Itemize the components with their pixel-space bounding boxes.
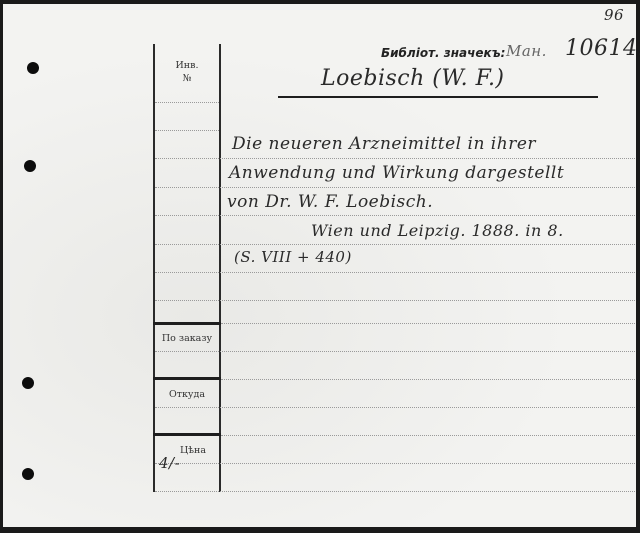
library-mark-number: 10614. [565,36,640,61]
ruled-line [221,435,635,436]
source-label: Откуда [155,389,219,400]
ruled-line [155,102,219,103]
punch-hole [24,160,36,172]
ruled-line [155,272,635,273]
ruled-line [221,379,635,380]
section-divider [153,433,221,436]
punch-hole [22,468,34,480]
ruled-line [155,187,635,188]
column-right-border [219,44,221,492]
price-value: 4/- [159,454,180,472]
column-left-border [153,44,155,492]
author-underline [278,96,598,98]
ruled-line [155,351,635,352]
ruled-line [155,215,635,216]
title-line-3: von Dr. W. F. Loebisch. [227,192,433,212]
punch-hole [22,377,34,389]
ruled-line [155,244,635,245]
library-mark-collection: Ман. [506,42,547,60]
library-mark-label: Библіот. значекъ: [381,46,505,60]
by-order-label: По заказу [155,333,219,344]
ruled-line [155,158,635,159]
punch-hole [27,62,39,74]
imprint: Wien und Leipzig. 1888. in 8. [311,221,564,240]
title-line-2: Anwendung und Wirkung dargestellt [229,163,564,183]
section-divider [153,322,221,325]
ruled-line [155,300,635,301]
title-line-1: Die neueren Arzneimittel in ihrer [232,134,536,154]
page-number: 96 [604,6,624,24]
catalog-card: 96 Библіот. значекъ: Ман. 10614. Инв. № … [3,4,636,527]
ruled-line [155,463,635,464]
section-divider [153,377,221,380]
inventory-label: Инв. № [155,59,219,85]
ruled-line [155,130,219,131]
ruled-line [155,491,635,492]
author-heading: Loebisch (W. F.) [321,66,505,91]
ruled-line [155,407,635,408]
ruled-line [221,323,635,324]
collation: (S. VIII + 440) [234,248,352,266]
